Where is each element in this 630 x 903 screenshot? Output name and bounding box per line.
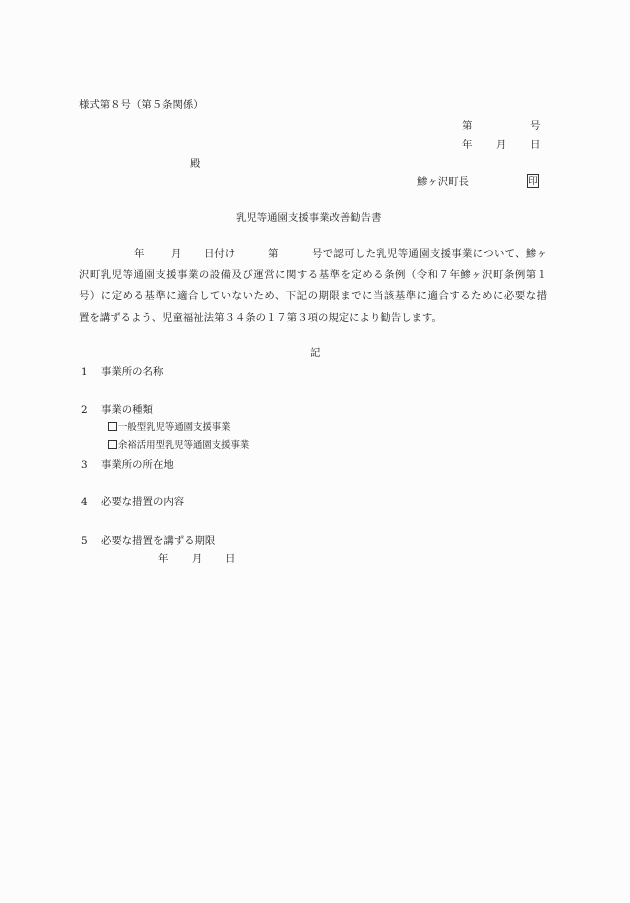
body-line2: 沢町乳児等通園支援事業の設備及び運営に関する基準を定める条例（令和７年鯵ヶ沢町条… <box>79 268 547 282</box>
form-label: 様式第８号（第５条関係） <box>79 98 204 112</box>
item-4-label: 必要な措置の内容 <box>101 495 184 509</box>
deadline-year-label: 年 <box>158 552 168 566</box>
reference-number-prefix: 第 <box>462 119 472 133</box>
checkbox-surplus-type[interactable] <box>108 440 117 449</box>
body-line4: 置を講ずるよう、児童福祉法第３４条の１７第３項の規定により勧告します。 <box>79 311 442 325</box>
item-2-number: 2 <box>81 403 88 417</box>
body-line1-month: 月 <box>171 247 181 261</box>
checkbox-general-type[interactable] <box>108 422 117 431</box>
body-line1-year: 年 <box>134 247 144 261</box>
item-5-number: 5 <box>81 534 88 548</box>
document-title: 乳児等通園支援事業改善勧告書 <box>236 211 381 225</box>
deadline-day-label: 日 <box>225 552 235 566</box>
body-line1-rest: 号で認可した乳児等通園支援事業について、鯵ヶ <box>312 247 547 261</box>
issuer-title: 鯵ヶ沢町長 <box>417 175 469 189</box>
item-2-label: 事業の種類 <box>101 403 153 417</box>
note-heading: 記 <box>310 346 320 360</box>
option-general-type[interactable]: 一般型乳児等通園支援事業 <box>108 421 231 435</box>
date-month-label: 月 <box>496 138 506 152</box>
deadline-month-label: 月 <box>192 552 202 566</box>
item-3-label: 事業所の所在地 <box>101 458 174 472</box>
item-1-label: 事業所の名称 <box>101 365 163 379</box>
item-5-label: 必要な措置を講ずる期限 <box>101 534 215 548</box>
item-1-number: 1 <box>81 365 88 379</box>
option-surplus-type-label: 余裕活用型乳児等通園支援事業 <box>118 440 249 451</box>
body-line1-number-prefix: 第 <box>268 247 278 261</box>
addressee-suffix: 殿 <box>190 157 200 171</box>
date-day-label: 日 <box>530 138 540 152</box>
option-surplus-type[interactable]: 余裕活用型乳児等通園支援事業 <box>108 439 249 453</box>
date-year-label: 年 <box>462 138 472 152</box>
item-4-number: 4 <box>81 495 88 509</box>
reference-number-suffix: 号 <box>530 119 540 133</box>
seal-stamp-icon: 印 <box>527 174 539 188</box>
option-general-type-label: 一般型乳児等通園支援事業 <box>118 422 231 433</box>
item-3-number: 3 <box>81 458 88 472</box>
body-line1-day: 日付け <box>204 247 235 261</box>
document-page: 様式第８号（第５条関係） 第 号 年 月 日 殿 鯵ヶ沢町長 印 乳児等通園支援… <box>0 0 630 903</box>
body-line3: 号）に定める基準に適合していないため、下記の期限までに当該基準に適合するために必… <box>79 289 547 303</box>
